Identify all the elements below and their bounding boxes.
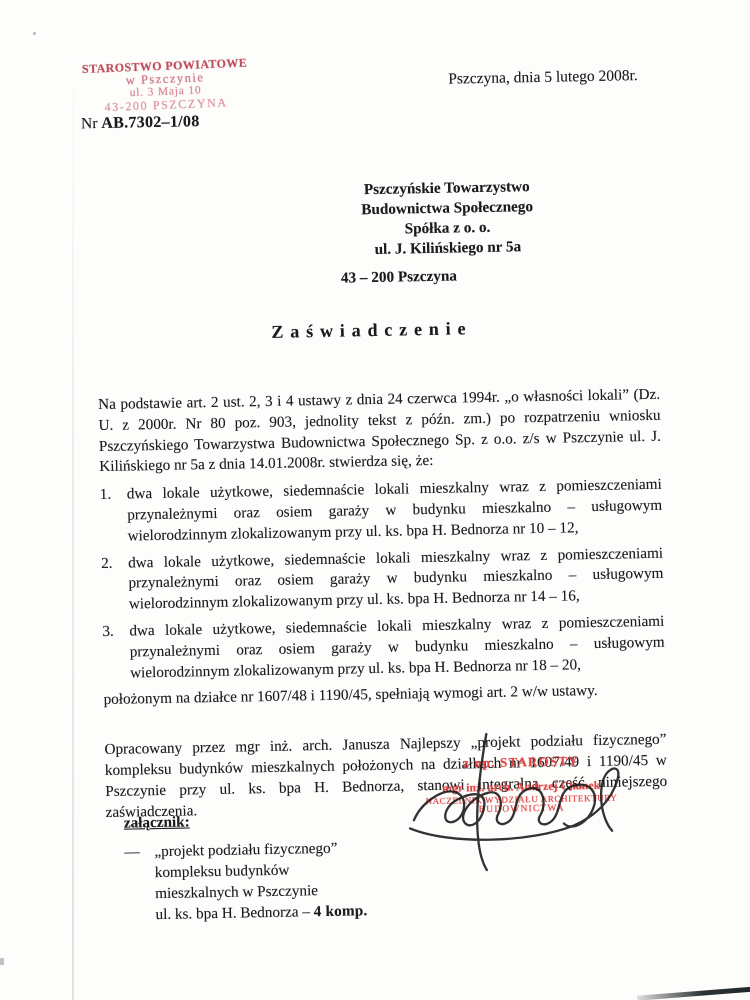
- attachment-dash: —: [124, 841, 156, 926]
- attachment-copies-count: 4 komp.: [314, 902, 368, 920]
- list-item-3: 3. dwa lokale użytkowe, siedemnaście lok…: [102, 612, 665, 685]
- list-item-2: 2. dwa lokale użytkowe, siedemnaście lok…: [101, 543, 664, 616]
- addressee-line: Budownictwa Społecznego: [340, 197, 555, 221]
- list-closing-line: położonym na działce nr 1607/48 i 1190/4…: [103, 680, 665, 711]
- attachment-line: ul. ks. bpa H. Bednorza – 4 komp.: [155, 900, 367, 925]
- list-item-text: dwa lokale użytkowe, siedemnaście lokali…: [129, 612, 665, 684]
- attachment-line: „projekt podziału fizycznego”: [154, 837, 366, 862]
- attachment-item: — „projekt podziału fizycznego” kompleks…: [124, 837, 367, 925]
- scan-speck: [33, 32, 36, 35]
- addressee-postal-line: 43 – 200 Pszczyna: [341, 265, 556, 289]
- list-item-1: 1. dwa lokale użytkowe, siedemnaście lok…: [100, 475, 663, 548]
- reference-value: AB.7302–1/08: [101, 113, 200, 132]
- list-item-text: dwa lokale użytkowe, siedemnaście lokali…: [127, 475, 663, 547]
- list-item-number: 2.: [101, 553, 129, 616]
- office-address-stamp: STAROSTWO POWIATOWE w Pszczynie ul. 3 Ma…: [75, 56, 255, 115]
- numbered-list: 1. dwa lokale użytkowe, siedemnaście lok…: [100, 475, 666, 684]
- attachment-section: załącznik: — „projekt podziału fizyczneg…: [124, 808, 368, 925]
- scan-edge-line-left: [72, 0, 74, 1000]
- list-item-number: 3.: [102, 621, 130, 684]
- list-item-number: 1.: [100, 485, 128, 548]
- list-item-text: dwa lokale użytkowe, siedemnaście lokali…: [128, 543, 664, 615]
- intro-paragraph: Na podstawie art. 2 ust. 2, 3 i 4 ustawy…: [98, 385, 661, 478]
- addressee-block: Pszczyńskie Towarzystwo Budownictwa Społ…: [339, 177, 556, 289]
- attachment-lines: „projekt podziału fizycznego” kompleksu …: [154, 837, 367, 925]
- attachment-heading: załącznik:: [124, 808, 366, 833]
- scan-speck: [0, 958, 4, 965]
- scanned-document-page: STAROSTWO POWIATOWE w Pszczynie ul. 3 Ma…: [0, 0, 750, 1000]
- document-title: Zaświadczenie: [0, 313, 747, 348]
- attachment-line-prefix: ul. ks. bpa H. Bednorza –: [155, 903, 313, 923]
- date-line: Pszczyna, dnia 5 lutego 2008r.: [448, 67, 638, 88]
- document-content: STAROSTWO POWIATOWE w Pszczynie ul. 3 Ma…: [0, 0, 750, 1000]
- reference-label: Nr: [81, 115, 102, 132]
- handwritten-signature: [400, 728, 635, 874]
- reference-number: Nr AB.7302–1/08: [81, 113, 200, 133]
